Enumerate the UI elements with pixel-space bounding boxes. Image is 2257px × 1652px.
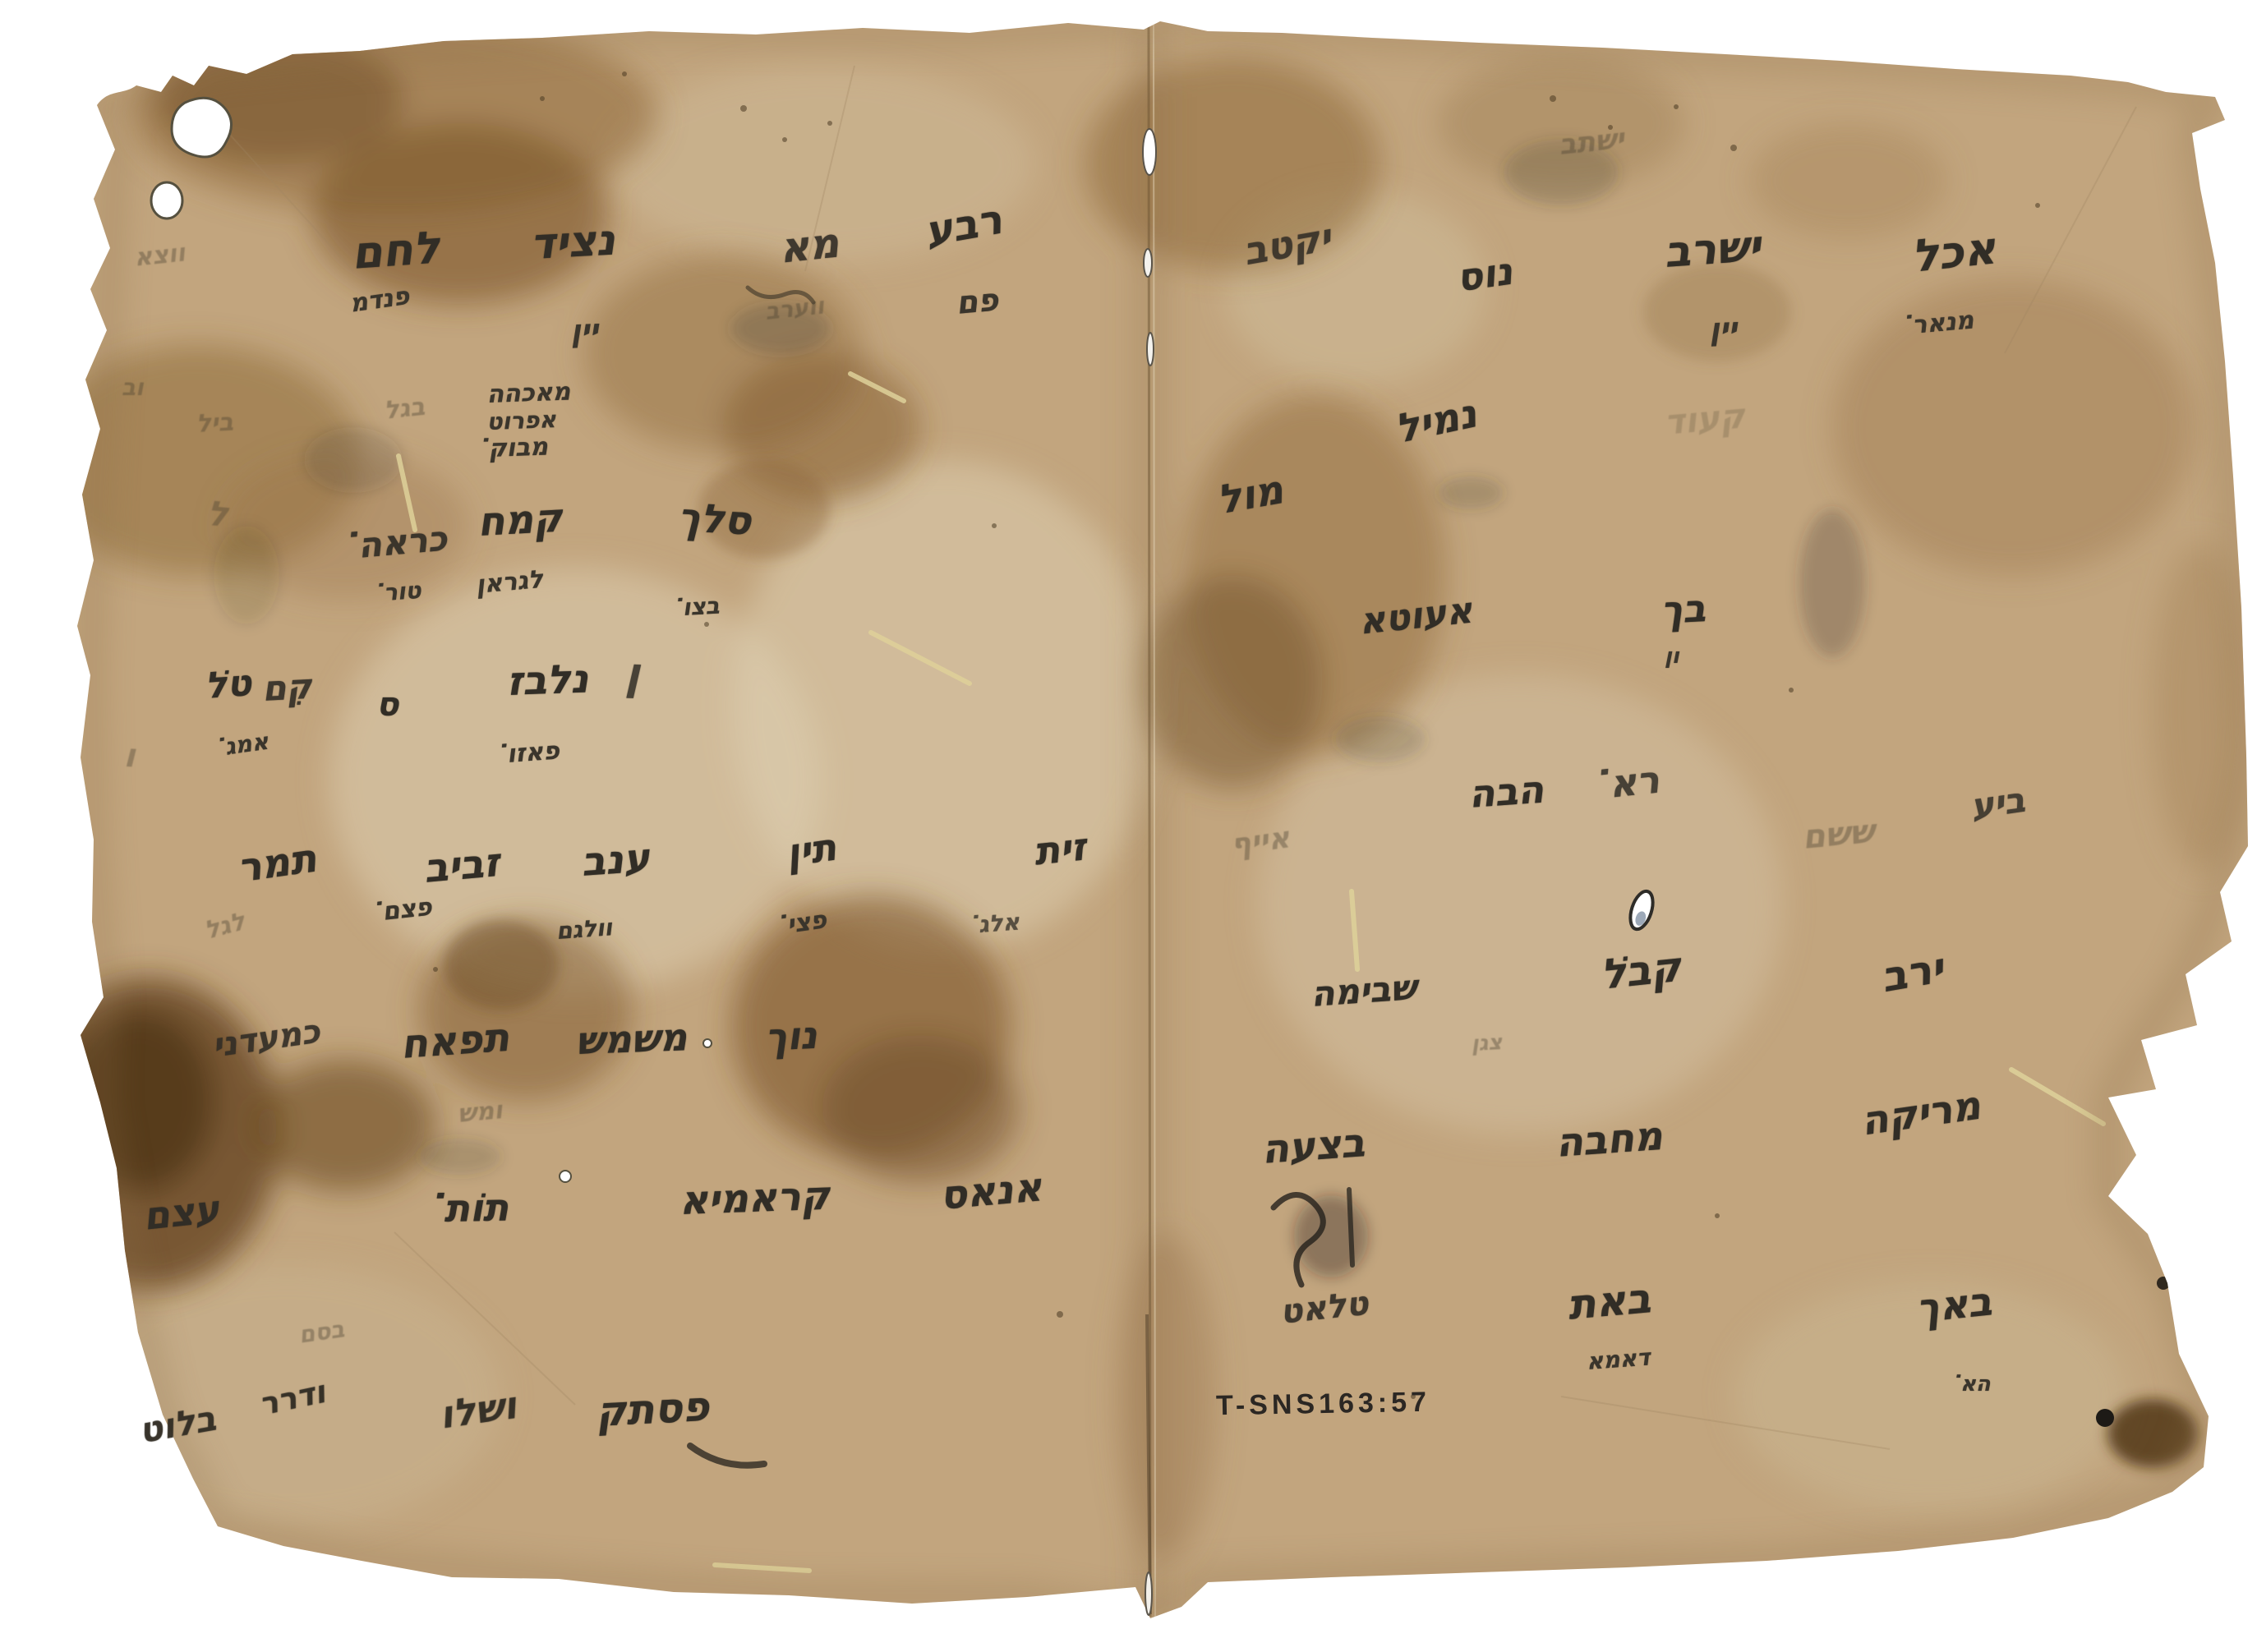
entry-word: אכל	[1909, 226, 1998, 278]
entry-word: קמח	[477, 499, 563, 542]
entry-word: באך	[1914, 1282, 1993, 1328]
gloss-word: מנאר̇	[1911, 308, 1975, 338]
entry-word: מחבה	[1555, 1116, 1664, 1163]
ghost-word: ווצא	[133, 242, 187, 271]
entry-word: רא̇	[1607, 761, 1661, 803]
entry-word: תפאח	[399, 1018, 510, 1065]
entry-word: משמש	[575, 1018, 688, 1060]
gloss-word: וולגם	[555, 916, 613, 943]
entry-word: ס	[376, 688, 398, 721]
entry-word: קִם	[261, 670, 312, 706]
entry-word: תין	[784, 828, 839, 872]
cursive-word: בלוט	[136, 1401, 219, 1449]
gloss-word: הא̇	[1960, 1374, 1991, 1395]
gloss-word: ון	[1665, 646, 1679, 667]
gloss-word: בצו̇	[682, 595, 720, 619]
entry-word: תמר	[235, 839, 319, 889]
entry-word: קראמיא	[679, 1176, 831, 1221]
gloss-word: דאמא	[1586, 1346, 1651, 1374]
entry-word: נמיל	[1392, 393, 1480, 449]
ghost-word: לגל	[202, 909, 248, 944]
gloss-word: אלג̇	[978, 911, 1020, 936]
gloss-word: פם	[955, 284, 1000, 319]
ghost-word: ו	[123, 739, 136, 773]
entry-word: כמעדני	[210, 1015, 322, 1063]
entry-word: תֹות̇	[444, 1189, 509, 1227]
ghost-word: בסם	[297, 1318, 346, 1346]
entry-word: ירב	[1878, 947, 1946, 998]
handwritten-word-layer: ווצאלחםפנדמנצידייןמאווערברבעפםמאכההאפרוט…	[0, 0, 2257, 1652]
entry-word: נציד	[529, 219, 616, 266]
entry-word: בצעה	[1260, 1123, 1366, 1170]
ghost-word: צגן	[1471, 1032, 1503, 1055]
gloss-word: טור̇	[383, 579, 421, 605]
entry-word: לחם	[350, 226, 441, 276]
entry-word: זית	[1032, 827, 1088, 870]
entry-word: רבע	[922, 199, 1005, 253]
entry-word: טלאט	[1278, 1287, 1370, 1329]
entry-word: נלבז	[506, 660, 589, 702]
gloss-word: יין	[1709, 315, 1738, 345]
cursive-word: ודרר	[256, 1376, 328, 1420]
ghost-word: ומש	[457, 1098, 504, 1127]
ghost-word: ששם	[1801, 815, 1876, 854]
ghost-word: ביל	[196, 411, 234, 437]
entry-word: אנאס	[938, 1167, 1043, 1216]
entry-word: הבה	[1467, 771, 1545, 813]
ghost-word: בגל	[383, 395, 426, 424]
entry-word: מול	[1214, 470, 1286, 520]
entry-word: ענב	[580, 838, 651, 882]
entry-word: מא	[777, 222, 841, 269]
entry-word: ישרב	[1663, 225, 1762, 274]
gloss-word: אמג̇	[223, 730, 270, 759]
entry-word: אעוטא	[1357, 593, 1474, 641]
entry-word: מריקה	[1859, 1086, 1983, 1142]
ghost-word: וב	[122, 376, 144, 399]
gloss-word: פאזו̇	[506, 739, 560, 767]
gloss-word: לגראן	[475, 568, 544, 598]
entry-word: באת	[1566, 1277, 1652, 1326]
entry-word: זביב	[422, 843, 501, 889]
entry-word: בך	[1660, 589, 1707, 629]
ghost-word: אייף	[1229, 823, 1292, 861]
entry-word: ן	[624, 652, 641, 696]
entry-word: שבימה	[1310, 970, 1417, 1012]
entry-word: כראה̇	[357, 522, 449, 564]
entry-word: טֹל	[204, 665, 252, 705]
gloss-word: פצי̇	[785, 908, 828, 937]
ghost-word: ווערב	[764, 294, 825, 323]
entry-word: קבֹל	[1599, 946, 1683, 996]
gloss-word: פנדמ	[348, 284, 411, 317]
cursive-word: ושלו	[437, 1386, 518, 1434]
gloss-word: מאכהה	[486, 380, 571, 407]
entry-word: יקטב	[1241, 218, 1333, 270]
entry-word: ביע	[1969, 783, 2027, 825]
ghost-word: ישתב	[1558, 125, 1626, 159]
entry-word: עצם	[141, 1190, 221, 1235]
ghost-word: ל	[205, 496, 229, 532]
entry-word: סלך	[676, 498, 752, 541]
ghost-word: קעוד	[1663, 398, 1746, 439]
gloss-word: פצם̇	[381, 895, 433, 925]
classmark-stamp: T-SNS163:57	[1216, 1388, 1431, 1420]
gloss-word: מבוק̇	[488, 435, 548, 462]
gloss-word: יין	[570, 316, 599, 347]
entry-word: נוך	[764, 1016, 818, 1056]
entry-word: נוס	[1454, 252, 1515, 297]
manuscript-photo: ווצאלחםפנדמנצידייןמאווערברבעפםמאכההאפרוט…	[0, 0, 2257, 1652]
entry-word: פסתק	[595, 1386, 710, 1433]
gloss-word: אפרוט	[486, 408, 556, 434]
